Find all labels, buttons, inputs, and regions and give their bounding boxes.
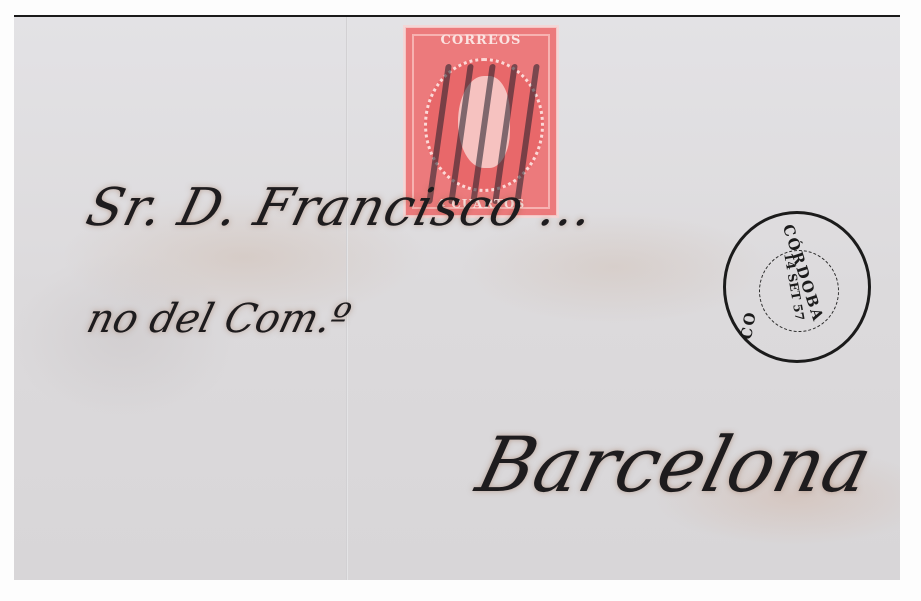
address-line-2: no del Com.º <box>82 296 355 342</box>
address-city: Barcelona <box>469 420 881 509</box>
address-line-1: Sr. D. Francisco ... <box>81 178 601 238</box>
stamp-top-text: CORREOS <box>406 33 556 48</box>
postmark-day: 14 <box>781 252 798 271</box>
postmark-province: CO <box>737 309 760 341</box>
postmark: CÓRDOBA CO 14 SET 57 <box>723 211 871 363</box>
postmark-year: 57 <box>790 303 807 322</box>
